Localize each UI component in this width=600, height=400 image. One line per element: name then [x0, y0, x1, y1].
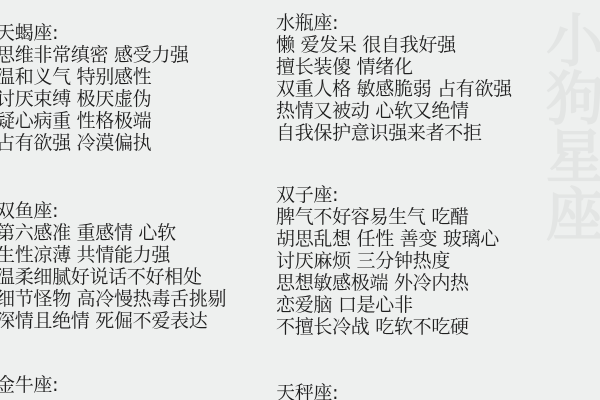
- section-heading: 双鱼座:: [0, 200, 226, 222]
- section-heading: 双子座:: [276, 184, 499, 206]
- watermark: 小狗星座: [540, 10, 600, 400]
- section-taurus: 金牛座:: [0, 374, 58, 396]
- trait-line: 热情又被动 心软又绝情: [276, 100, 512, 122]
- trait-line: 疑心病重 性格极端: [0, 110, 189, 132]
- trait-line: 深情且绝情 死倔不爱表达: [0, 310, 226, 332]
- trait-line: 不擅长冷战 吃软不吃硬: [276, 316, 499, 338]
- section-gemini: 双子座: 脾气不好容易生气 吃醋 胡思乱想 任性 善变 玻璃心 讨厌麻烦 三分钟…: [276, 184, 499, 338]
- trait-line: 温柔细腻好说话不好相处: [0, 266, 226, 288]
- section-libra: 天秤座:: [276, 382, 338, 400]
- trait-line: 思想敏感极端 外冷内热: [276, 272, 499, 294]
- trait-line: 细节怪物 高冷慢热毒舌挑剔: [0, 288, 226, 310]
- trait-line: 脾气不好容易生气 吃醋: [276, 206, 499, 228]
- trait-line: 胡思乱想 任性 善变 玻璃心: [276, 228, 499, 250]
- trait-line: 懒 爱发呆 很自我好强: [276, 34, 512, 56]
- trait-line: 生性凉薄 共情能力强: [0, 244, 226, 266]
- trait-line: 思维非常缜密 感受力强: [0, 44, 189, 66]
- trait-line: 第六感准 重感情 心软: [0, 222, 226, 244]
- trait-line: 讨厌麻烦 三分钟热度: [276, 250, 499, 272]
- trait-line: 温和义气 特别感性: [0, 66, 189, 88]
- section-heading: 天蝎座:: [0, 22, 189, 44]
- trait-line: 双重人格 敏感脆弱 占有欲强: [276, 78, 512, 100]
- trait-line: 讨厌束缚 极厌虚伪: [0, 88, 189, 110]
- watermark-char: 小狗星座: [535, 10, 600, 242]
- trait-line: 恋爱脑 口是心非: [276, 294, 499, 316]
- trait-line: 占有欲强 冷漠偏执: [0, 132, 189, 154]
- section-heading: 水瓶座:: [276, 12, 512, 34]
- section-pisces: 双鱼座: 第六感准 重感情 心软 生性凉薄 共情能力强 温柔细腻好说话不好相处 …: [0, 200, 226, 332]
- trait-line: 擅长装傻 情绪化: [276, 56, 512, 78]
- section-aquarius: 水瓶座: 懒 爱发呆 很自我好强 擅长装傻 情绪化 双重人格 敏感脆弱 占有欲强…: [276, 12, 512, 144]
- section-heading: 天秤座:: [276, 382, 338, 400]
- section-heading: 金牛座:: [0, 374, 58, 396]
- trait-line: 自我保护意识强来者不拒: [276, 122, 512, 144]
- section-scorpio: 天蝎座: 思维非常缜密 感受力强 温和义气 特别感性 讨厌束缚 极厌虚伪 疑心病…: [0, 22, 189, 154]
